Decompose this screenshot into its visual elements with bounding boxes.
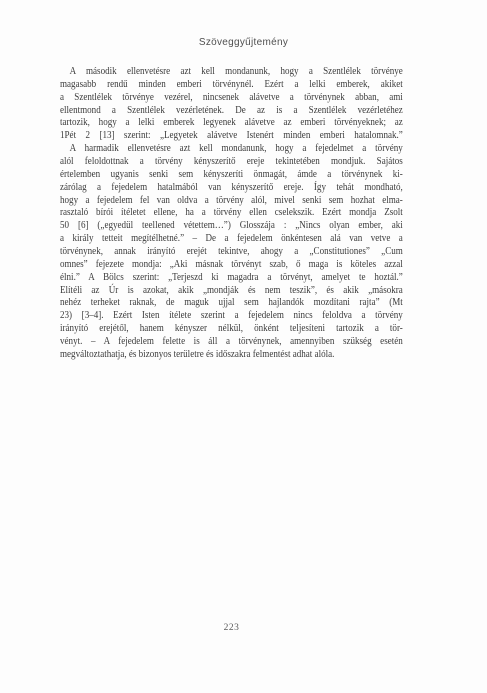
- text-line: hogy a fejedelem fel van oldva a törvény…: [60, 195, 403, 208]
- text-line: megváltoztathatja, és bizonyos területre…: [60, 349, 403, 362]
- paragraph-second-objection: A második ellenvetésre azt kell mondanun…: [60, 66, 403, 143]
- text-block: A második ellenvetésre azt kell mondanun…: [60, 66, 403, 362]
- text-line: 1Pét 2 [13] szerint: „Legyetek alávetve …: [60, 130, 403, 143]
- text-line: rasztaló bírói ítéletet ellene, ha a tör…: [60, 207, 403, 220]
- text-line: nehéz terheket raknak, de maguk ujjal se…: [60, 297, 403, 310]
- paragraph-third-objection: A harmadik ellenvetésre azt kell mondanu…: [60, 143, 403, 362]
- text-line: A harmadik ellenvetésre azt kell mondanu…: [60, 143, 403, 156]
- text-line: Elítéli az Úr is azokat, akik „mondják é…: [60, 285, 403, 298]
- text-line: vényt. – A fejedelem felette is áll a tö…: [60, 336, 403, 349]
- book-page: Szöveggyűjtemény A második ellenvetésre …: [0, 0, 487, 693]
- page-number: 223: [60, 623, 403, 633]
- text-line: a király tetteit megítélhetné.” – De a f…: [60, 233, 403, 246]
- text-line: A második ellenvetésre azt kell mondanun…: [60, 66, 403, 79]
- text-line: értelemben ugyanis senki sem kényszeríti…: [60, 169, 403, 182]
- text-line: törvénynek, annak irányító erejét tekint…: [60, 246, 403, 259]
- text-line: ellentmond a Szentlélek vezérletének. De…: [60, 105, 403, 118]
- text-line: 50 [6] („egyedül teellened vétettem…”) G…: [60, 220, 403, 233]
- text-line: a Szentlélek törvénye vezérel, nincsenek…: [60, 92, 403, 105]
- text-line: magasabb rendű minden emberi törvénynél.…: [60, 79, 403, 92]
- text-line: omnes” fejezete mondja: „Aki másnak törv…: [60, 259, 403, 272]
- text-line: 23) [3–4]. Ezért Isten ítélete szerint a…: [60, 310, 403, 323]
- text-line: élni.” A Bölcs szerint: „Terjeszd ki mag…: [60, 272, 403, 285]
- text-line: tartozik, hogy a lelki emberek legyenek …: [60, 117, 403, 130]
- running-header: Szöveggyűjtemény: [0, 37, 487, 48]
- text-line: zárólag a fejedelem hatalmából van kénys…: [60, 182, 403, 195]
- text-line: alól feloldottnak a törvény kényszerítő …: [60, 156, 403, 169]
- text-line: irányító erejétől, hanem kényszer nélkül…: [60, 323, 403, 336]
